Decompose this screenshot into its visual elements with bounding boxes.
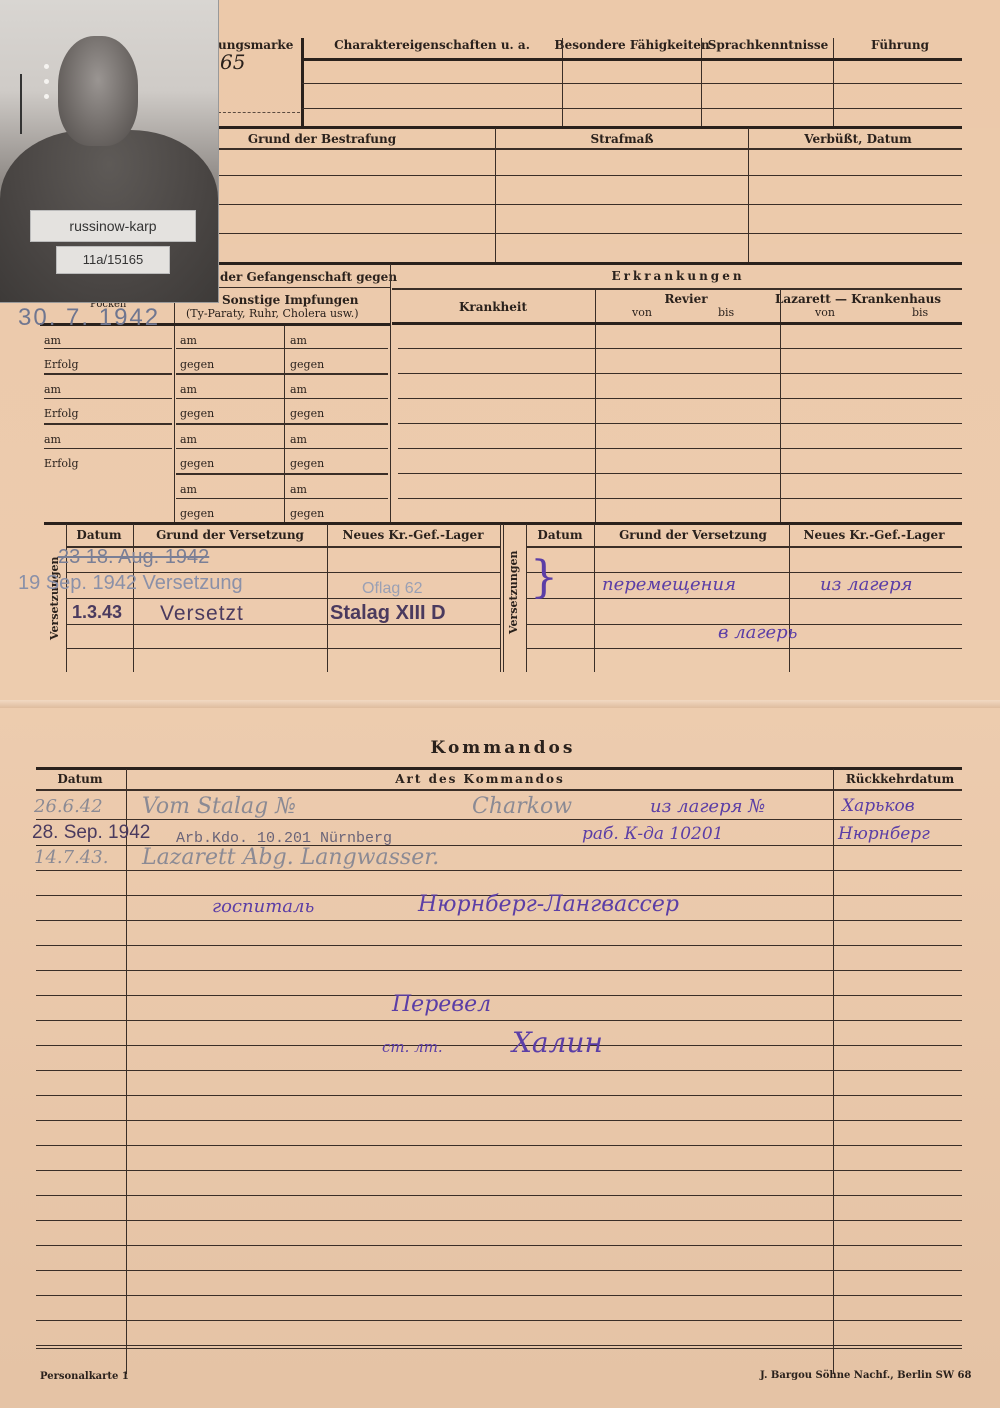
header-sprachkenntnisse: Sprachkenntnisse xyxy=(708,38,829,52)
vaccination-cell: gegen xyxy=(290,457,324,470)
divider xyxy=(36,1095,962,1096)
divider xyxy=(503,524,504,672)
prisoner-photo: russinow-karp 11a/15165 xyxy=(0,0,219,303)
header-datum-left: Datum xyxy=(76,528,121,542)
divider xyxy=(44,423,172,425)
divider xyxy=(36,1170,962,1171)
kommando-return-1: Харьков xyxy=(842,796,915,816)
divider xyxy=(44,448,172,449)
header-datum-right: Datum xyxy=(537,528,582,542)
divider xyxy=(302,108,962,109)
lazarett-bis: bis xyxy=(912,306,928,319)
divider xyxy=(218,112,300,113)
divider xyxy=(398,448,962,449)
kommando-date-2: 28. Sep. 1942 xyxy=(32,822,150,844)
pocken-row-label: Erfolg xyxy=(44,457,79,470)
divider xyxy=(398,498,962,499)
divider xyxy=(66,598,500,599)
revier-bis: bis xyxy=(718,306,734,319)
divider xyxy=(398,398,962,399)
photo-number-plate: 11a/15165 xyxy=(56,246,170,274)
pocken-row-label: am xyxy=(44,433,61,446)
divider xyxy=(833,769,834,1374)
divider xyxy=(398,348,962,349)
lazarett-von: von xyxy=(815,306,835,319)
vaccination-date-stamp: 30. 7. 1942 xyxy=(18,304,160,332)
divider xyxy=(562,38,563,126)
divider xyxy=(36,1348,962,1349)
kommando-text-3: Lazarett Abg. Langwasser. xyxy=(142,845,439,870)
divider xyxy=(176,373,388,375)
divider xyxy=(833,38,834,126)
header-erkrankungen: Erkrankungen xyxy=(611,269,744,283)
divider xyxy=(36,1295,962,1296)
header-krankheit: Krankheit xyxy=(459,300,527,314)
divider xyxy=(302,83,962,84)
divider xyxy=(218,175,962,176)
header-art-kommandos: Art des Kommandos xyxy=(395,772,565,786)
subheader-impfungen: (Ty-Paraty, Ruhr, Cholera usw.) xyxy=(186,307,359,320)
divider xyxy=(36,970,962,971)
pocken-row-label: am xyxy=(44,334,61,347)
paper-fold xyxy=(0,700,1000,708)
divider xyxy=(36,870,962,871)
divider xyxy=(176,498,388,499)
signature-line-2: ст. лт. xyxy=(382,1038,443,1056)
divider xyxy=(218,148,962,150)
header-grund-bestrafung: Grund der Bestrafung xyxy=(248,132,396,146)
divider xyxy=(526,648,962,649)
divider xyxy=(392,288,962,290)
vaccination-cell: am xyxy=(180,483,197,496)
divider xyxy=(398,473,962,474)
divider xyxy=(218,204,962,205)
divider xyxy=(36,1345,962,1346)
kommando-date-1: 26.6.42 xyxy=(34,796,103,817)
header-besondere-faehigkeiten: Besondere Fähigkeiten xyxy=(554,38,709,52)
vaccination-cell: am xyxy=(290,483,307,496)
header-neues-lager-right: Neues Kr.-Gef.-Lager xyxy=(803,528,944,542)
pocken-row-label: am xyxy=(44,383,61,396)
divider xyxy=(390,264,391,522)
kommando-text-1: Vom Stalag № xyxy=(142,794,296,819)
divider xyxy=(398,423,962,424)
photo-head xyxy=(58,36,138,146)
vaccination-cell: gegen xyxy=(290,358,324,371)
vaccination-cell: gegen xyxy=(180,457,214,470)
divider xyxy=(36,789,962,791)
divider xyxy=(36,1220,962,1221)
header-kommando-datum: Datum xyxy=(57,772,102,786)
divider xyxy=(36,1045,962,1046)
divider xyxy=(36,1070,962,1071)
divider xyxy=(500,524,501,672)
footer-form-name: Personalkarte 1 xyxy=(40,1371,129,1382)
transfer-stamp-camp: Oflag 62 xyxy=(362,580,422,598)
divider xyxy=(218,233,962,234)
divider xyxy=(36,819,962,820)
signature-line-1: Перевел xyxy=(392,992,491,1017)
divider xyxy=(526,572,962,573)
divider xyxy=(36,1270,962,1271)
header-strafmass: Strafmaß xyxy=(590,132,653,146)
transfer-date: 1.3.43 xyxy=(72,602,122,623)
divider xyxy=(176,348,388,349)
vaccination-cell: am xyxy=(290,433,307,446)
header-revier: Revier xyxy=(664,292,707,306)
header-charaktereigenschaften: Charaktereigenschaften u. a. xyxy=(334,38,530,52)
vaccination-cell: gegen xyxy=(290,507,324,520)
divider xyxy=(36,1120,962,1121)
vaccination-cell: am xyxy=(290,383,307,396)
header-verbuesst-datum: Verbüßt, Datum xyxy=(804,132,911,146)
pocken-row-label: Erfolg xyxy=(44,407,79,420)
divider xyxy=(392,322,962,325)
divider xyxy=(126,769,127,1374)
divider xyxy=(176,398,388,399)
divider xyxy=(36,1195,962,1196)
divider xyxy=(36,1320,962,1321)
divider xyxy=(44,348,172,349)
divider xyxy=(44,373,172,375)
divider xyxy=(36,1145,962,1146)
transfer-camp-handwritten-1: из лагеря xyxy=(820,574,913,595)
paperclip-icon xyxy=(20,74,22,134)
vaccination-cell: gegen xyxy=(180,407,214,420)
pocken-row-label: Erfolg xyxy=(44,358,79,371)
kommandos-title: Kommandos xyxy=(431,738,576,758)
divider xyxy=(176,448,388,449)
struck-transfer-date: 23 18. Aug. 1942 xyxy=(58,546,209,569)
brace-mark: } xyxy=(530,552,558,603)
staple-holes xyxy=(44,64,49,109)
divider xyxy=(36,767,962,770)
versetzungen-label-right: Versetzungen xyxy=(507,550,520,634)
divider xyxy=(174,300,175,522)
divider xyxy=(526,598,962,599)
header-fuehrung: Führung xyxy=(871,38,929,52)
divider xyxy=(176,423,388,425)
divider xyxy=(36,920,962,921)
kommando-russian-1: из лагеря № xyxy=(650,796,765,817)
transfer-camp: Stalag XIII D xyxy=(330,602,446,625)
transfer-camp-handwritten-2: в лагерь xyxy=(718,622,797,643)
divider xyxy=(302,58,962,61)
vaccination-cell: gegen xyxy=(180,507,214,520)
divider xyxy=(176,473,388,475)
divider xyxy=(36,945,962,946)
kommando-text-1b: Charkow xyxy=(472,794,572,819)
divider xyxy=(218,126,962,129)
header-sonstige-impfungen: Sonstige Impfungen xyxy=(222,293,359,307)
hospital-line-2: Нюрнберг-Лангвассер xyxy=(418,892,679,917)
kommando-return-2: Нюрнберг xyxy=(838,824,930,844)
divider xyxy=(36,1020,962,1021)
footer-printer: J. Bargou Söhne Nachf., Berlin SW 68 xyxy=(760,1370,971,1381)
vaccination-cell: gegen xyxy=(290,407,324,420)
divider xyxy=(526,546,962,548)
vaccination-cell: am xyxy=(180,433,197,446)
vaccination-cell: am xyxy=(180,383,197,396)
vaccination-cell: am xyxy=(290,334,307,347)
transfer-reason-handwritten: перемещения xyxy=(602,574,736,595)
photo-name-plate: russinow-karp xyxy=(30,210,196,242)
vaccination-cell: am xyxy=(180,334,197,347)
divider xyxy=(701,38,702,126)
header-grund-versetzung-right: Grund der Versetzung xyxy=(619,528,767,542)
transfer-stamp: 19 Sep. 1942 Versetzung xyxy=(18,572,243,595)
erkennungsmarke-value: 65 xyxy=(220,50,245,74)
divider xyxy=(398,373,962,374)
divider xyxy=(44,398,172,399)
header-gefangenschaft-gegen: der Gefangenschaft gegen xyxy=(220,270,397,284)
transfer-reason: Versetzt xyxy=(160,602,244,626)
divider xyxy=(36,995,962,996)
hospital-line-1: госпиталь xyxy=(212,896,314,917)
header-lazarett: Lazarett — Krankenhaus xyxy=(775,292,941,306)
revier-von: von xyxy=(632,306,652,319)
vaccination-cell: gegen xyxy=(180,358,214,371)
kommando-russian-2: раб. К-да 10201 xyxy=(582,824,724,844)
header-grund-versetzung-left: Grund der Versetzung xyxy=(156,528,304,542)
divider xyxy=(218,262,962,265)
header-neues-lager-left: Neues Kr.-Gef.-Lager xyxy=(342,528,483,542)
kommando-date-3: 14.7.43. xyxy=(34,847,108,868)
header-rueckkehrdatum: Rückkehrdatum xyxy=(846,772,954,786)
signature: Халин xyxy=(512,1026,603,1059)
divider xyxy=(36,1245,962,1246)
divider xyxy=(66,648,500,649)
